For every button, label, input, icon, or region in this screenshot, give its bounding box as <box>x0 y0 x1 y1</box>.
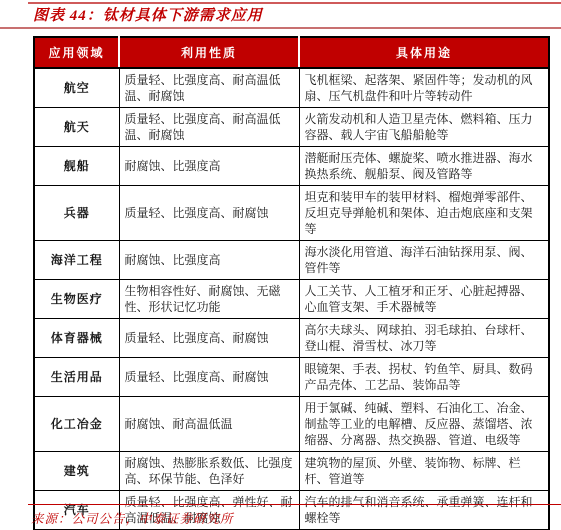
report-figure-page: 图表 44：钛材具体下游需求应用 应用领域利用性质具体用途 航空质量轻、比强度高… <box>0 0 561 530</box>
cell-field: 生活用品 <box>34 358 119 397</box>
cell-uses: 海水淡化用管道、海洋石油钻探用泵、阀、管件等 <box>299 241 549 280</box>
header-row: 应用领域利用性质具体用途 <box>34 37 549 68</box>
table-row: 化工冶金耐腐蚀、耐高温低温用于氯碱、纯碱、塑料、石油化工、冶金、制盐等工业的电解… <box>34 397 549 452</box>
cell-field: 航空 <box>34 68 119 108</box>
cell-uses: 飞机框梁、起落架、紧固件等；发动机的风扇、压气机盘件和叶片等转动件 <box>299 68 549 108</box>
cell-uses: 建筑物的屋顶、外壁、装饰物、标牌、栏杆、管道等 <box>299 452 549 491</box>
cell-field: 海洋工程 <box>34 241 119 280</box>
cell-uses: 汽车的排气和消音系统、承重弹簧、连杆和螺栓等 <box>299 491 549 530</box>
cell-properties: 质量轻、比强度高、耐高温低温、耐腐蚀 <box>119 108 299 147</box>
cell-properties: 耐腐蚀、耐高温低温 <box>119 397 299 452</box>
figure-title: 图表 44：钛材具体下游需求应用 <box>33 4 263 25</box>
cell-uses: 坦克和装甲车的装甲材料、榴炮弹零部件、反坦克导弹舱机和架体、迫击炮底座和支架等 <box>299 186 549 241</box>
table-row: 舰船耐腐蚀、比强度高潜艇耐压壳体、螺旋桨、喷水推进器、海水换热系统、舰船泵、阀及… <box>34 147 549 186</box>
cell-properties: 质量轻、比强度高、耐高温低温、耐腐蚀 <box>119 68 299 108</box>
table-row: 建筑耐腐蚀、热膨胀系数低、比强度高、环保节能、色泽好建筑物的屋顶、外壁、装饰物、… <box>34 452 549 491</box>
cell-uses: 潜艇耐压壳体、螺旋桨、喷水推进器、海水换热系统、舰船泵、阀及管路等 <box>299 147 549 186</box>
column-header-field: 应用领域 <box>34 37 119 68</box>
cell-field: 化工冶金 <box>34 397 119 452</box>
table-row: 体育器械质量轻、比强度高、耐腐蚀高尔夫球头、网球拍、羽毛球拍、台球杆、登山棍、滑… <box>34 319 549 358</box>
source-note: 来源：公司公告，中泰证券研究所 <box>31 509 234 527</box>
cell-properties: 耐腐蚀、比强度高 <box>119 147 299 186</box>
table-row: 航天质量轻、比强度高、耐高温低温、耐腐蚀火箭发动机和人造卫星壳体、燃料箱、压力容… <box>34 108 549 147</box>
table-row: 航空质量轻、比强度高、耐高温低温、耐腐蚀飞机框梁、起落架、紧固件等；发动机的风扇… <box>34 68 549 108</box>
cell-field: 航天 <box>34 108 119 147</box>
table-row: 生活用品质量轻、比强度高、耐腐蚀眼镜架、手表、拐杖、钓鱼竿、厨具、数码产品壳体、… <box>34 358 549 397</box>
cell-uses: 火箭发动机和人造卫星壳体、燃料箱、压力容器、载人宇宙飞船船舱等 <box>299 108 549 147</box>
table-row: 兵器质量轻、比强度高、耐腐蚀坦克和装甲车的装甲材料、榴炮弹零部件、反坦克导弹舱机… <box>34 186 549 241</box>
column-header-properties: 利用性质 <box>119 37 299 68</box>
cell-properties: 质量轻、比强度高、耐腐蚀 <box>119 358 299 397</box>
cell-uses: 眼镜架、手表、拐杖、钓鱼竿、厨具、数码产品壳体、工艺品、装饰品等 <box>299 358 549 397</box>
cell-properties: 耐腐蚀、热膨胀系数低、比强度高、环保节能、色泽好 <box>119 452 299 491</box>
table-body: 航空质量轻、比强度高、耐高温低温、耐腐蚀飞机框梁、起落架、紧固件等；发动机的风扇… <box>34 68 549 530</box>
cell-uses: 用于氯碱、纯碱、塑料、石油化工、冶金、制盐等工业的电解槽、反应器、蒸馏塔、浓缩器… <box>299 397 549 452</box>
cell-uses: 人工关节、人工植牙和正牙、心脏起搏器、心血管支架、手术器械等 <box>299 280 549 319</box>
cell-field: 舰船 <box>34 147 119 186</box>
footer-divider <box>28 504 561 505</box>
cell-field: 兵器 <box>34 186 119 241</box>
title-divider <box>0 27 561 29</box>
cell-field: 体育器械 <box>34 319 119 358</box>
table-row: 生物医疗生物相容性好、耐腐蚀、无磁性、形状记忆功能人工关节、人工植牙和正牙、心脏… <box>34 280 549 319</box>
column-header-uses: 具体用途 <box>299 37 549 68</box>
table-row: 海洋工程耐腐蚀、比强度高海水淡化用管道、海洋石油钻探用泵、阀、管件等 <box>34 241 549 280</box>
titanium-applications-table: 应用领域利用性质具体用途 航空质量轻、比强度高、耐高温低温、耐腐蚀飞机框梁、起落… <box>33 36 550 530</box>
cell-properties: 质量轻、比强度高、耐腐蚀 <box>119 186 299 241</box>
cell-field: 建筑 <box>34 452 119 491</box>
cell-field: 生物医疗 <box>34 280 119 319</box>
cell-properties: 耐腐蚀、比强度高 <box>119 241 299 280</box>
cell-properties: 生物相容性好、耐腐蚀、无磁性、形状记忆功能 <box>119 280 299 319</box>
cell-properties: 质量轻、比强度高、耐腐蚀 <box>119 319 299 358</box>
cell-uses: 高尔夫球头、网球拍、羽毛球拍、台球杆、登山棍、滑雪杖、冰刀等 <box>299 319 549 358</box>
